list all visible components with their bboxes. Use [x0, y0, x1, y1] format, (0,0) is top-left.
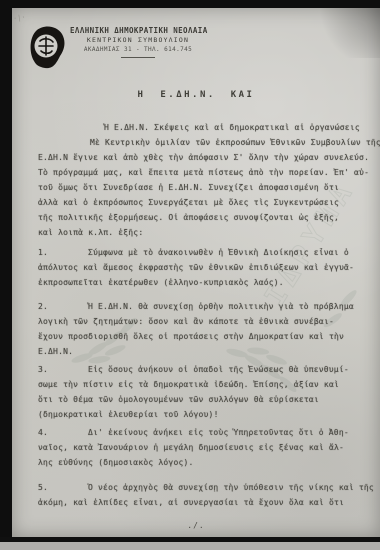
- scanner-background: [0, 542, 380, 550]
- text-line: λογικὴ τῶν ζητημάτων: ὅσον καὶ ἂν κάποτε…: [38, 317, 376, 330]
- document-body: Ἡ Ε.ΔΗ.Ν. Σκέψεις καὶ αἱ δημοκρατικαὶ αἱ…: [12, 8, 380, 537]
- text-line: ναῖος, κατὰ Ἰανουάριον ἡ μεγάλη δημοσίευ…: [38, 443, 376, 456]
- item-number: 4.: [38, 428, 88, 437]
- text-line: ἀκόμη, καὶ ἐλπίδες εἶναι, αἱ συνεργασίαι…: [38, 498, 376, 511]
- item-number: 1.: [38, 248, 88, 257]
- text-line: ἀπόλυτος καὶ ἄμεσος ἐκφραστὴς τῶν ἐθνικῶ…: [38, 263, 376, 276]
- numbered-item: 2.Ἡ Ε.ΔΗ.Ν. θὰ συνεχίσῃ ὀρθὴν πολιτικὴν …: [38, 302, 376, 315]
- text-line: τοῦ ὅμως ὅτι Συνεδρίασε ἡ Ε.ΔΗ.Ν. Συνεχί…: [38, 183, 376, 196]
- text-line: ὅτι τὸ θέμα τῶν ὁμολογουμένων τῶν συλλόγ…: [38, 395, 376, 408]
- numbered-item: 1.Σύμφωνα μὲ τὸ ἀνακοινωθὲν ἡ Ἐθνικὴ Διο…: [38, 248, 376, 261]
- text-line: Τὸ πρόγραμμά μας, καὶ ἔπειτα μετὰ πίστεω…: [38, 168, 376, 181]
- text-line: λης εὐθύνης (δημοσιακὸς λόγος).: [38, 458, 376, 471]
- item-number: 2.: [38, 302, 88, 311]
- text-line: καὶ λοιπὰ κ.λπ. ἑξῆς:: [38, 228, 376, 241]
- item-text: Ἡ Ε.ΔΗ.Ν. θὰ συνεχίσῃ ὀρθὴν πολιτικὴν γι…: [88, 302, 354, 311]
- text-line: Ε.ΔΗ.Ν ἔγινε καὶ ἀπὸ χθὲς τὴν ἀπόφασιν Σ…: [38, 153, 376, 166]
- item-text: Εἰς ὅσους ἀνήκουν οἱ ὀπαδοὶ τῆς Ἑνώσεως …: [88, 365, 349, 374]
- text-line: (δημοκρατικαὶ ἐλευθερίαι τοῦ λόγου)!: [38, 410, 376, 423]
- document-page: ΙΔΡΥΜΑ ·|· ΕΛΛΗΝΙΚΗ ΔΗΜΟΚΡΑΤΙΚΗ ΝΕΟΛΑΙΑ …: [12, 8, 380, 537]
- text-line: Ε.ΔΗ.Ν.: [38, 347, 376, 360]
- text-line: ἔχουν προσδιορισθῆ ὅλες οἱ προτάσεις στὴ…: [38, 332, 376, 345]
- text-line: τῆς πολιτικῆς ἐξορμήσεως. Οἱ ἀποφάσεις σ…: [38, 213, 376, 226]
- numbered-item: 4.Δι' ἐκείνους ἀνήκει εἰς τοὺς Ὑπηρετοῦν…: [38, 428, 376, 441]
- numbered-item: 3.Εἰς ὅσους ἀνήκουν οἱ ὀπαδοὶ τῆς Ἑνώσεω…: [38, 365, 376, 378]
- scanned-document: ΙΔΡΥΜΑ ·|· ΕΛΛΗΝΙΚΗ ΔΗΜΟΚΡΑΤΙΚΗ ΝΕΟΛΑΙΑ …: [0, 0, 380, 550]
- text-line: Ἡ Ε.ΔΗ.Ν. Σκέψεις καὶ αἱ δημοκρατικαὶ αἱ…: [38, 123, 380, 136]
- item-text: Δι' ἐκείνους ἀνήκει εἰς τοὺς Ὑπηρετοῦντα…: [88, 428, 349, 437]
- item-number: 3.: [38, 365, 88, 374]
- text-line: σωμε τὴν πίστιν εἰς τὰ δημοκρατικὰ ἰδεώδ…: [38, 380, 376, 393]
- item-text: Σύμφωνα μὲ τὸ ἀνακοινωθὲν ἡ Ἐθνικὴ Διοίκ…: [88, 248, 349, 257]
- scan-corner-shadow: [310, 8, 380, 58]
- text-line: ἀλλὰ καὶ ὁ ἐκπρόσωπος Συνεργάζεται μὲ ὅλ…: [38, 198, 376, 211]
- item-number: 5.: [38, 483, 88, 492]
- item-text: Ὁ νέος ἀρχηγὸς θὰ συνεχίσῃ τὴν ὑπόθεσιν …: [88, 483, 374, 492]
- numbered-item: 5.Ὁ νέος ἀρχηγὸς θὰ συνεχίσῃ τὴν ὑπόθεσι…: [38, 483, 376, 496]
- text-line: ἐκπροσωπεῖται ἑκατέρωθεν (ἑλληνο-κυπριακ…: [38, 278, 376, 291]
- text-line: Μὲ Κεντρικὴν ὁμιλίαν τῶν ἐκπροσώπων Ἐθνι…: [38, 138, 380, 151]
- continuation-mark: ./.: [12, 521, 380, 530]
